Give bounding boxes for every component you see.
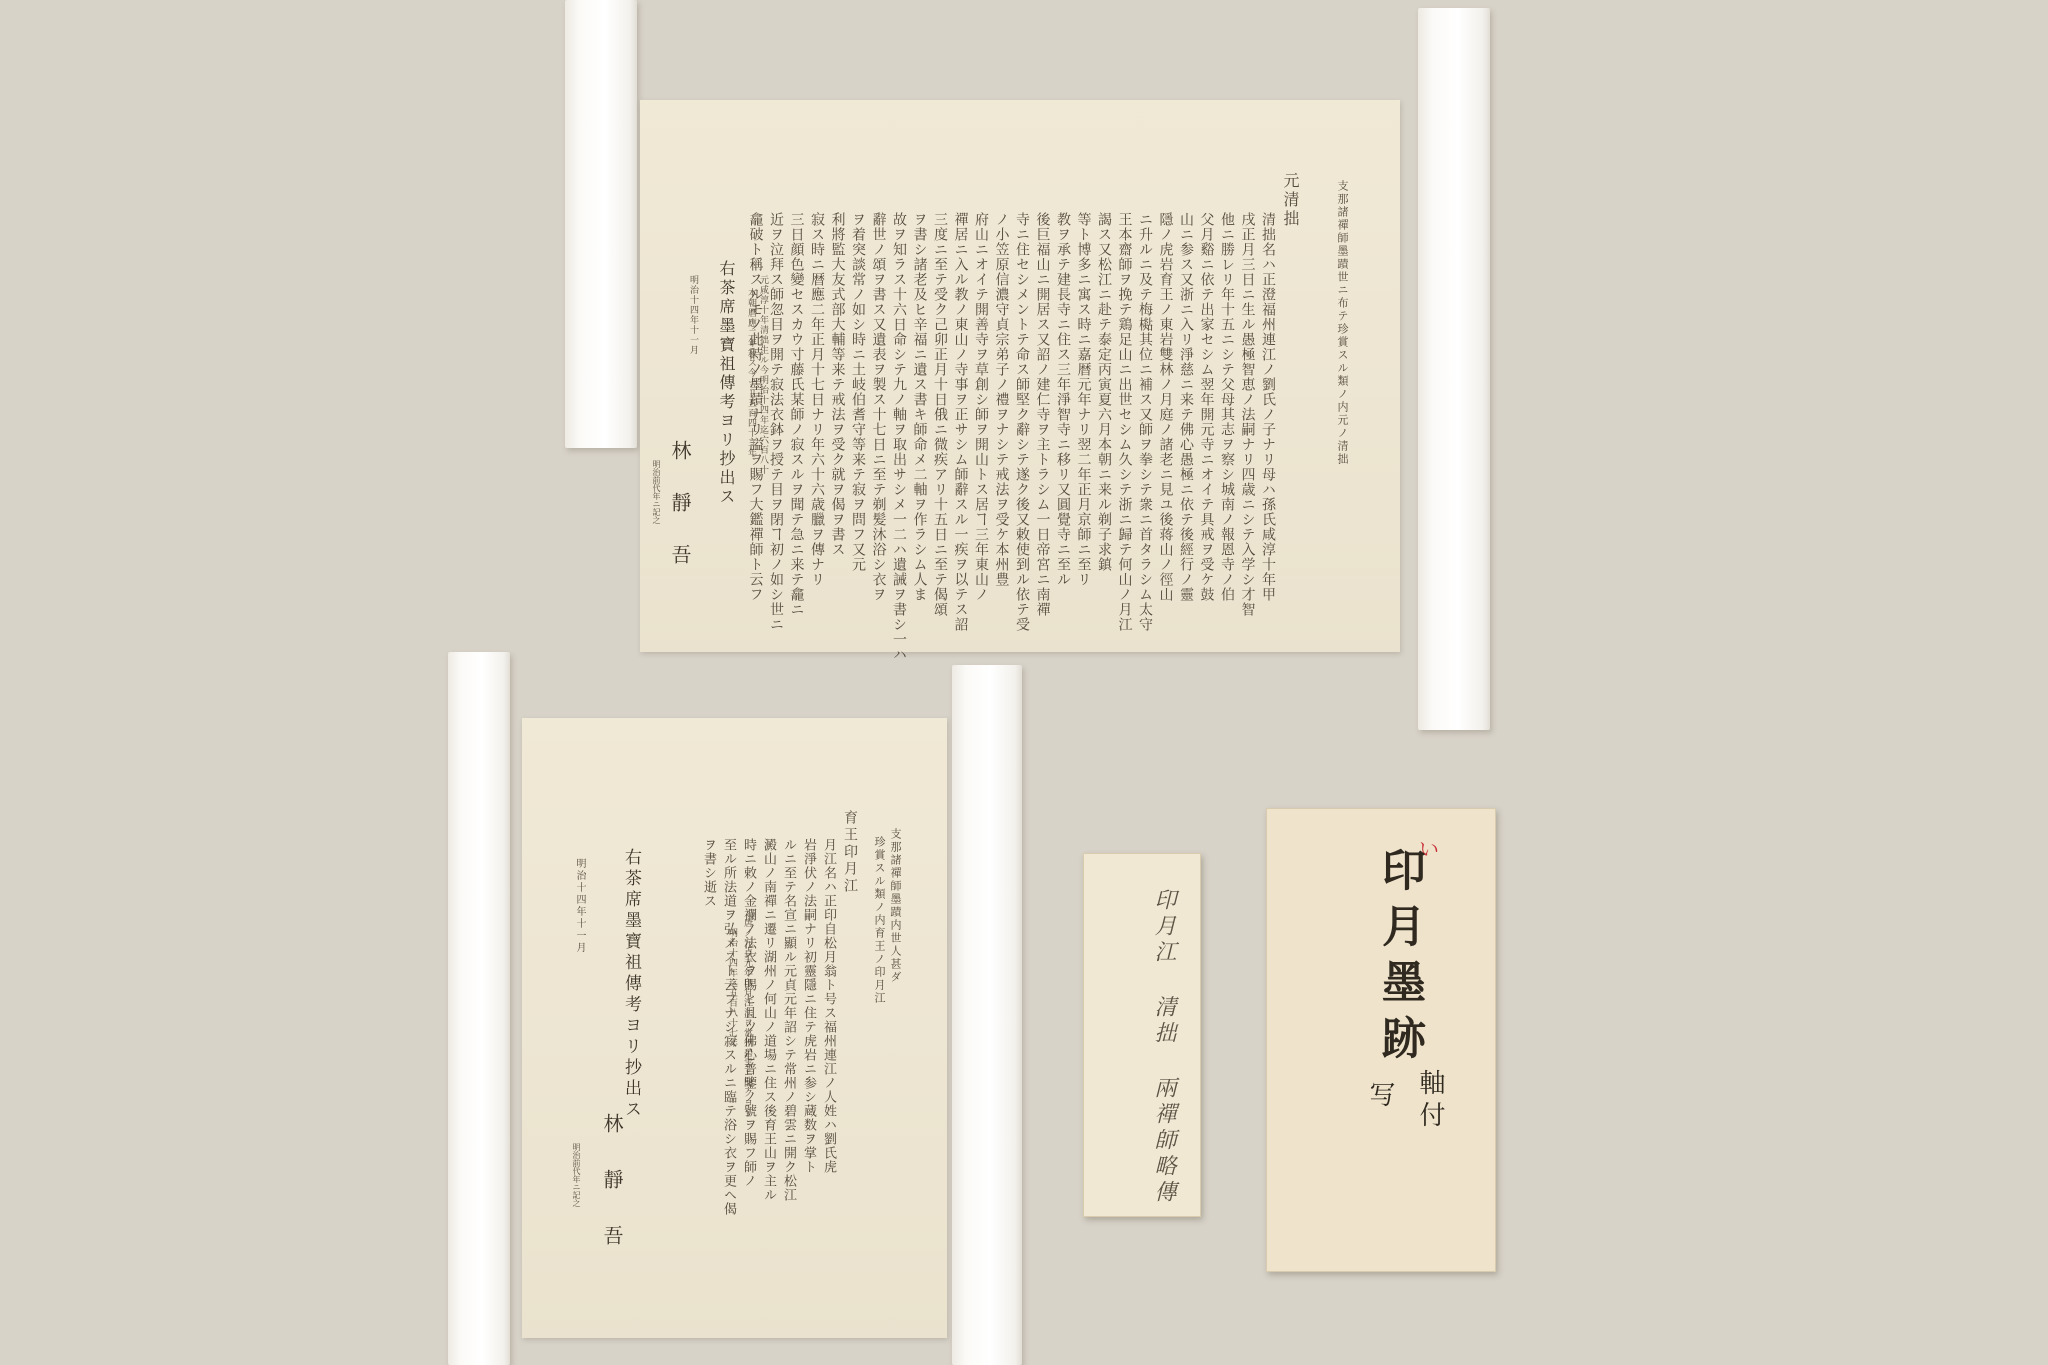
document-signature: 林 靜 吾	[602, 1113, 622, 1251]
text-column: 等ト博多ニ寓ス時ニ嘉暦元年ナリ翌二年正月京師ニ至リ	[1077, 212, 1091, 587]
document-header-line-2: 珍賞スル類ノ内育王ノ印月江	[874, 836, 885, 1005]
text-column: ヲ着突談常ノ如シ時ニ土岐伯耆守等来テ寂ヲ問フ又元	[851, 212, 865, 572]
text-column: 後巨福山ニ開居ス又詔ノ建仁寺ヲ主トラシム一日帝宮ニ南禪	[1036, 212, 1050, 617]
text-column: 禪居ニ入ル教ノ東山ノ寺事ヲ正サシム師辭スル一疾ヲ以テス詔	[954, 212, 968, 632]
document-signature: 林 靜 吾	[670, 440, 690, 568]
text-column: 辭世ノ頌ヲ書ス又遺表ヲ製ス十七日ニ至テ剃髪沐浴シ衣ヲ	[872, 212, 886, 602]
document-header: 支那諸禪師墨蹟世ニ布テ珍賞スル類ノ内元ノ清拙	[1337, 180, 1348, 466]
text-column: 近ヲ泣拜ス師忽目ヲ開テ寂法衣鉢ヲ授テ目ヲ閉ヿ初ノ如シ世ニ	[769, 212, 783, 632]
envelope-subtitle-1: 軸付	[1417, 1069, 1443, 1133]
text-column: 清拙名ハ正澄福州連江ノ劉氏ノ子ナリ母ハ孫氏咸淳十年甲	[1261, 212, 1275, 602]
text-column: 戌正月三日ニ生ル愚極智恵ノ法嗣ナリ四歳ニシテ入学シ才智	[1241, 212, 1255, 617]
envelope-subtitle-2: 写	[1367, 1081, 1393, 1107]
text-column: 王本齋師ヲ挽テ鶏足山ニ出世セシム久シテ浙ニ歸テ何山ノ月江	[1118, 212, 1132, 632]
document-header-line-1: 支那諸禪師墨蹟内世人甚ダ	[890, 828, 901, 984]
text-column: 隱ノ虎岩育王ノ東岩雙林ノ月庭ノ諸老ニ見ユ後蒋山ノ徑山	[1159, 212, 1173, 602]
text-column: ヲ書シ諸老及ヒ辛福ニ遺ス書キ師命メ二軸ヲ作ラシム人ま	[913, 212, 927, 602]
document-signature-note: 明治前代年ニ記之	[652, 460, 660, 524]
text-column: 故ヲ知ラス十六日命シテ九ノ軸ヲ取出サシメ一二ハ遺誡ヲ書シ一ハ	[892, 212, 906, 662]
document-note-1: 元咸淳十年清拙生ル今明治十四年迄六百八十	[758, 275, 767, 475]
strip-label-text: 印月江 清拙 兩禪師略傳	[1152, 888, 1174, 1206]
text-column: 月江名ハ正印自松月翁ト号ス福州連江ノ人姓ハ劉氏虎	[822, 838, 835, 1174]
folded-label-strip: 印月江 清拙 兩禪師略傳	[1083, 853, 1201, 1217]
scroll-rod-bottom-left	[448, 652, 510, 1365]
text-column: 教ヲ承テ建長寺ニ住ス三年淨智寺ニ移リ又圓覺寺ニ至ル	[1056, 212, 1070, 587]
document-date: 明治十四年十一月	[688, 275, 697, 355]
text-column: 寂ス時ニ暦應二年正月十七日ナリ年六十六歳臘ヲ傳ナリ	[810, 212, 824, 587]
text-column: 澱山ノ南禪ニ遷リ湖州ノ何山ノ道場ニ住ス後育王山ヲ主ル	[762, 838, 775, 1202]
document-note-2: 本朝暦應二年寂ス今ナリ五百四十三年	[746, 288, 755, 458]
text-column: 父月谿ニ依テ出家セシム翌年開元寺ニオイテ具戒ヲ受ケ鼓	[1200, 212, 1214, 602]
text-column: ノ小笠原信濃守貞宗弟子ノ禮ヲナシテ戒法ヲ受ケ本州豊	[995, 212, 1009, 587]
text-column: 寺ニ住セシメントテ命ス師堅ク辭シテ遂ク後又敕使到ル依テ受	[1015, 212, 1029, 632]
document-top: 支那諸禪師墨蹟世ニ布テ珍賞スル類ノ内元ノ清拙 元清拙 清拙名ハ正澄福州連江ノ劉氏…	[640, 100, 1400, 652]
document-bottom: 支那諸禪師墨蹟内世人甚ダ 珍賞スル類ノ内育王ノ印月江 育王印月江 月江名ハ正印自…	[522, 718, 947, 1338]
scroll-rod-top-right	[1418, 8, 1490, 730]
text-column: 三日顔色變セスカウ寸藤氏某師ノ寂スルヲ聞テ急ニ来テ龕ニ	[790, 212, 804, 617]
document-date: 明治十四年十一月	[574, 858, 584, 954]
text-column: ヲ書シ逝ス	[702, 838, 715, 908]
envelope: い 印月墨跡 軸付 写	[1266, 808, 1496, 1272]
document-title: 元清拙	[1282, 172, 1298, 229]
text-column: ニ升ルニ及テ梅檆其位ニ補ス又師ヲ拳シテ衆ニ首タラシム太守	[1138, 212, 1152, 632]
text-column: 三度ニ至テ受ク己卯正月十日俄ニ微疾アリ十五日ニ至テ偈頌	[933, 212, 947, 617]
text-column: 利將監大友式部大輔等来テ戒法ヲ受ク就ヲ偈ヲ書ス	[831, 212, 845, 557]
text-column: 謁ス又松江ニ赴テ泰定丙寅夏六月本朝ニ来ル剃子求鎮	[1097, 212, 1111, 572]
text-column: 府山ニオイテ開善寺ヲ草創シ師ヲ開山トス居ヿ三年東山ノ	[974, 212, 988, 602]
scroll-rod-top-left	[565, 0, 637, 448]
document-body: 月江名ハ正印自松月翁ト号ス福州連江ノ人姓ハ劉氏虎岩淨伏ノ法嗣ナリ初靈隱ニ住テ虎岩…	[695, 838, 835, 1168]
text-column: 岩淨伏ノ法嗣ナリ初靈隱ニ住テ虎岩ニ参シ蔵数ヲ掌ト	[802, 838, 815, 1174]
document-title: 育王印月江	[843, 810, 857, 895]
document-note-1: 唐ノ元貞元年印月江法ヲ常州碧雲ニ開クヨリ	[742, 918, 751, 1118]
document-body: 清拙名ハ正澄福州連江ノ劉氏ノ子ナリ母ハ孫氏咸淳十年甲戌正月三日ニ生ル愚極智恵ノ法…	[735, 212, 1275, 632]
scroll-rod-bottom-right	[952, 665, 1022, 1365]
text-column: ルニ至テ名宣ニ顯ル元貞元年詔シテ常州ノ碧雲ニ開ク松江	[782, 838, 795, 1202]
document-source: 右茶席墨寶祖傳考ヨリ抄出ス	[622, 848, 639, 1121]
document-signature-note: 明治前代年ニ記之	[572, 1143, 580, 1207]
document-note-2: 明治十四年迄五百八十七年	[727, 928, 736, 1048]
document-source: 右茶席墨寶祖傳考ヨリ抄出ス	[718, 260, 734, 507]
envelope-title: 印月墨跡	[1377, 847, 1421, 1071]
text-column: 山ニ参ス又浙ニ入リ淨慈ニ来テ佛心愚極ニ依テ後經行ノ靈	[1179, 212, 1193, 602]
text-column: 他ニ勝レリ年十五ニシテ父母其志ヲ察シ城南ノ報恩寺ノ伯	[1220, 212, 1234, 602]
